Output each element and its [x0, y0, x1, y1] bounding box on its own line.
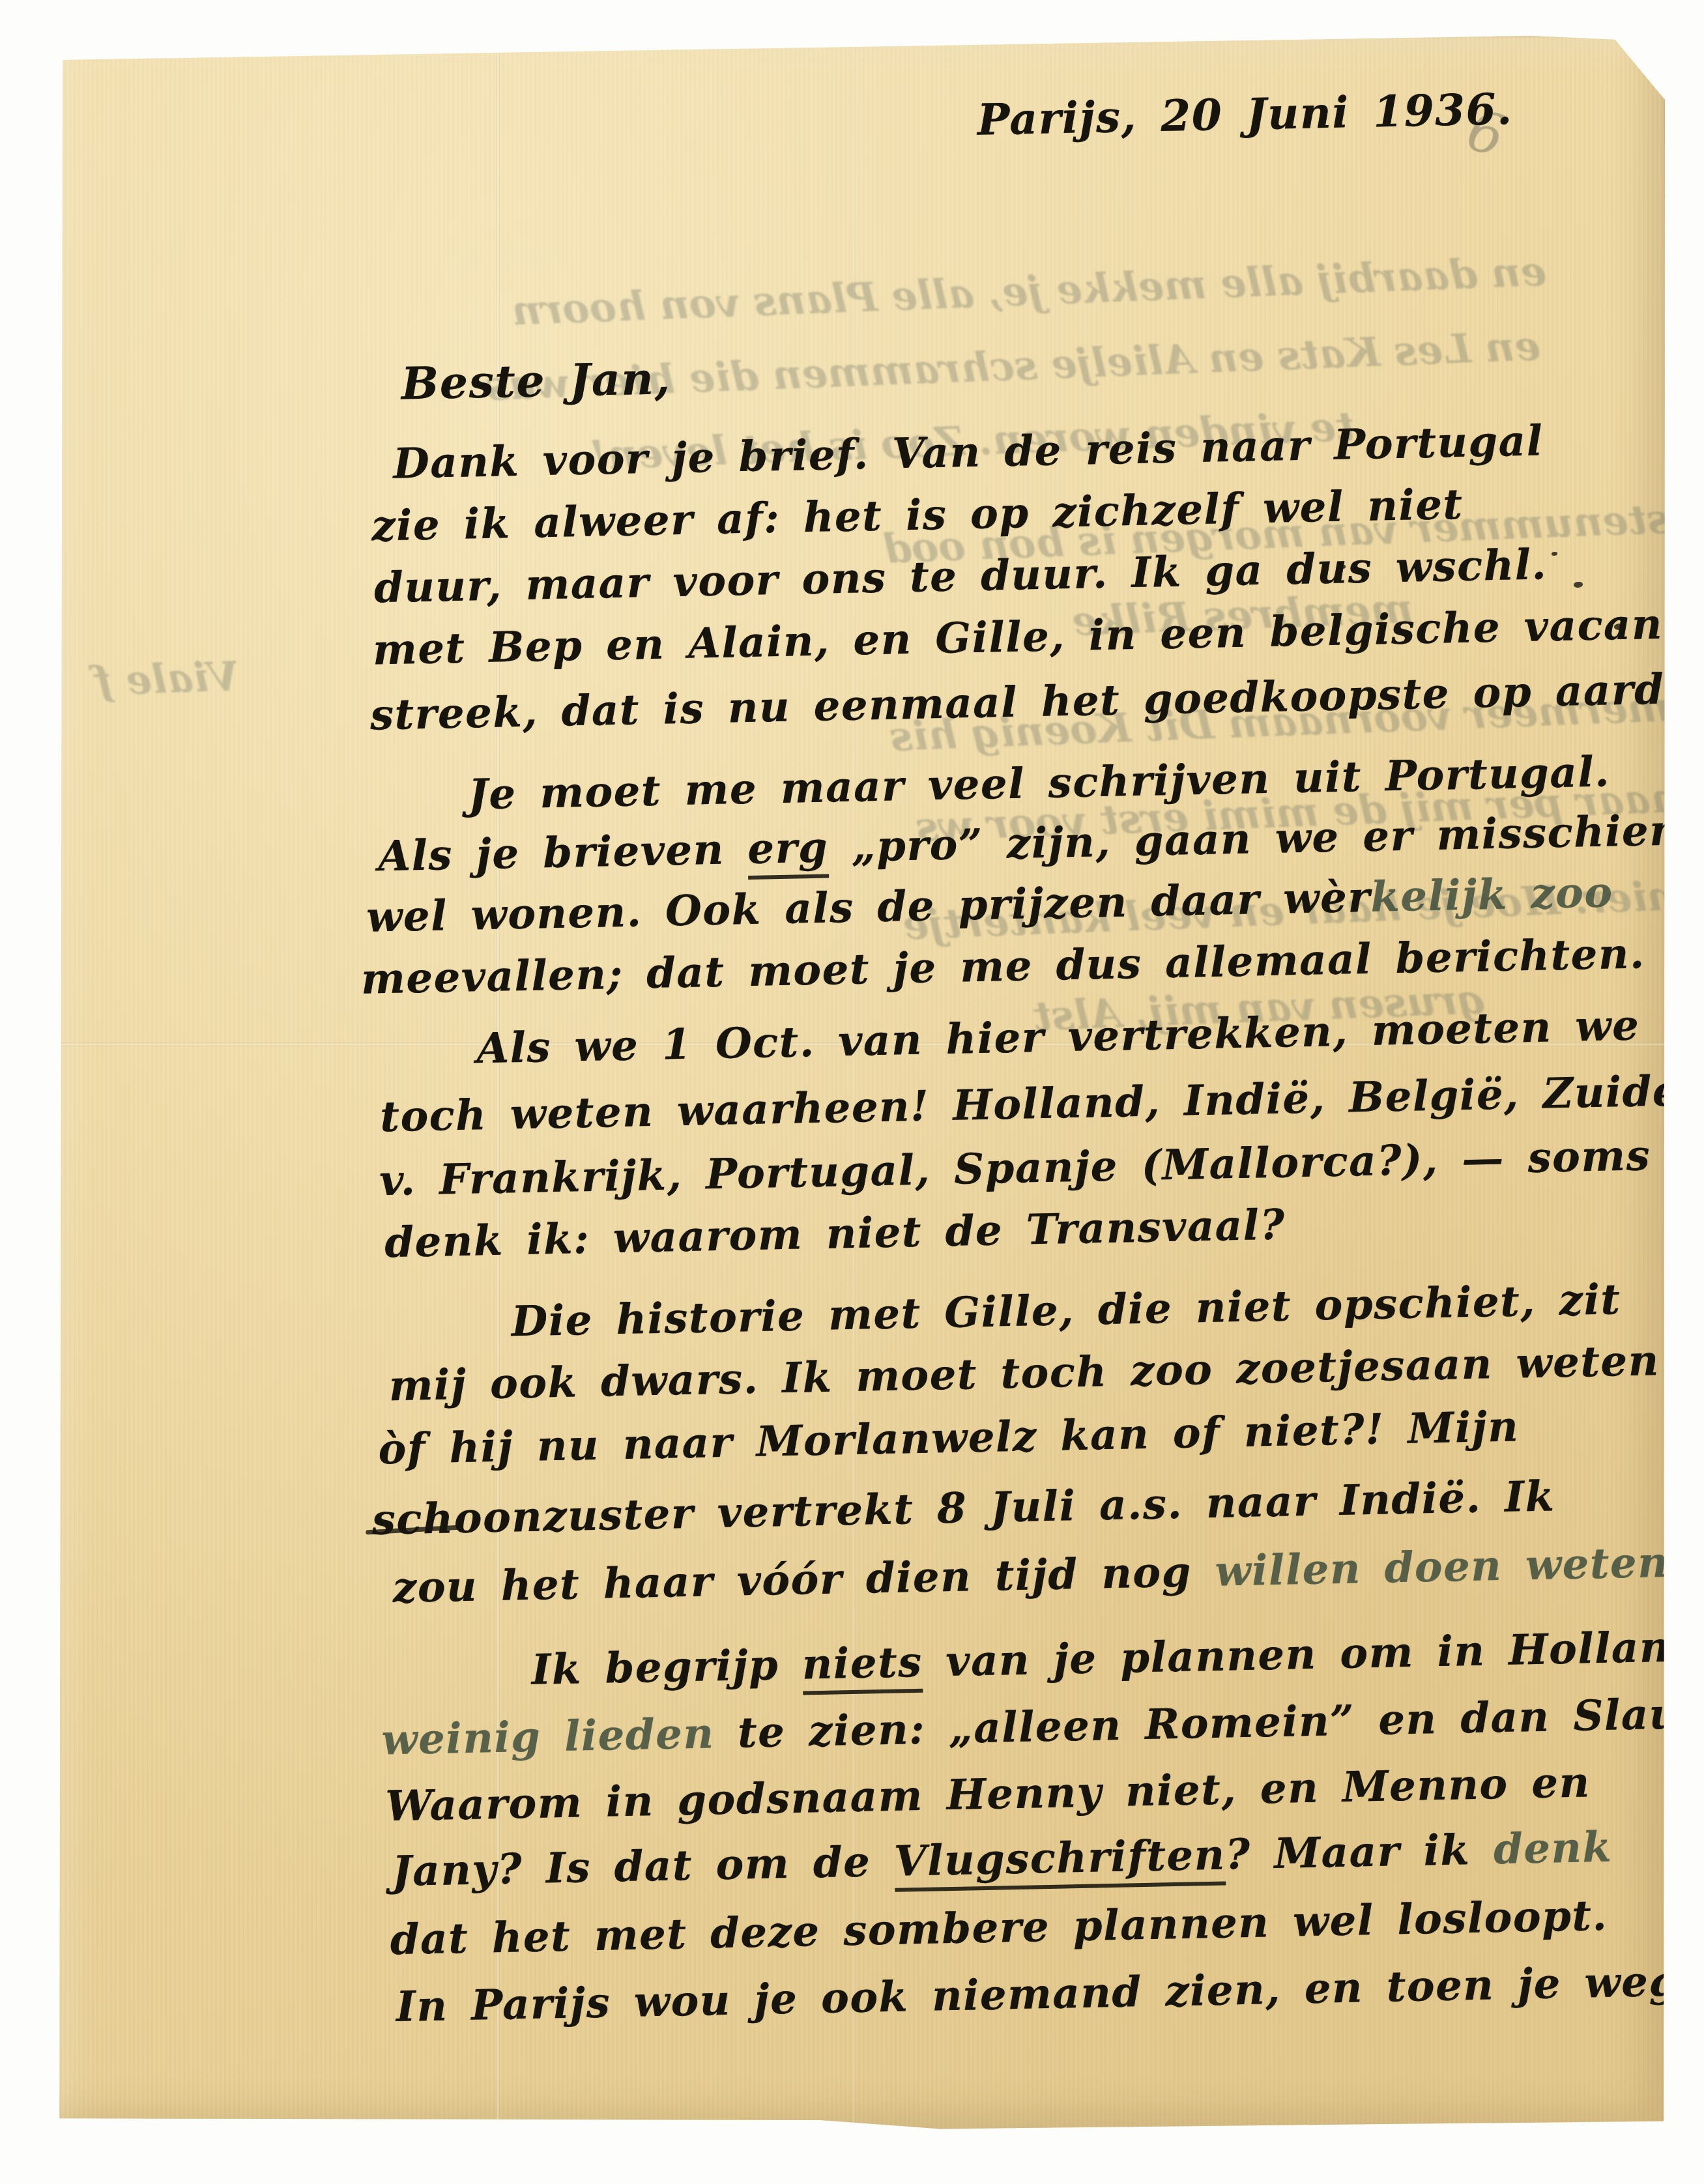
- handwritten-line: schoonzuster vertrekt 8 Juli a.s. naar I…: [371, 1472, 1555, 1544]
- line-segment: van je plannen om in Holland: [922, 1622, 1701, 1687]
- underlined-word: niets: [801, 1638, 923, 1695]
- handwritten-line: Als je brieven erg „pro” zijn, gaan we e…: [378, 806, 1681, 881]
- faded-ink-segment: lieden: [564, 1709, 715, 1761]
- handwritten-line: Waarom in godsnaam Henny niet, en Menno …: [385, 1758, 1591, 1831]
- faded-ink-segment: kelijk zoo: [1370, 868, 1614, 921]
- line-segment: wel wonen. Ook als de prijzen daar wèr: [366, 873, 1372, 942]
- underlined-word: Vlugschriften: [893, 1831, 1226, 1892]
- line-segment: Als je brieven: [378, 825, 749, 881]
- handwritten-line: mij ook dwars. Ik moet toch zoo zoetjesa…: [388, 1336, 1660, 1411]
- handwritten-line: In Parijs wou je ook niemand zien, en to…: [396, 1957, 1697, 2032]
- salutation: Beste Jan,: [401, 352, 671, 410]
- handwritten-line: denk ik: waarom niet de Transvaal?: [384, 1200, 1286, 1267]
- handwritten-line: v. Frankrijk, Portugal, Spanje (Mallorca…: [379, 1131, 1651, 1205]
- handwritten-line: zie ik alweer af: het is op zichzelf wel…: [371, 480, 1464, 551]
- scanned-letter-page: en daarbij alle mekke je, alle Plans von…: [0, 0, 1704, 2184]
- handwritten-line: zou het haar vóór dien tijd nog willen d…: [392, 1538, 1684, 1613]
- handwritten-line: met Bep en Alain, en Gille, in een belgi…: [372, 598, 1704, 674]
- handwritten-line: toch weten waarheen! Holland, Indië, Bel…: [380, 1066, 1704, 1142]
- line-segment: te zien: „alleen Romein” en dan Slau.: [714, 1689, 1697, 1758]
- line-segment: Ik begrijp: [531, 1641, 803, 1695]
- line-segment: „pro” zijn, gaan we er misschien: [828, 806, 1681, 872]
- handwritten-line: duur, maar voor ons te duur. Ik ga dus w…: [373, 540, 1547, 612]
- handwritten-line: òf hij nu naar Morlanwelz kan of niet?! …: [378, 1402, 1520, 1474]
- handwritten-line: weinig lieden te zien: „alleen Romein” e…: [381, 1689, 1696, 1764]
- line-segment: zou het haar vóór dien tijd nog: [392, 1547, 1215, 1613]
- letter-paper: en daarbij alle mekke je, alle Plans von…: [55, 36, 1665, 2131]
- handwritten-line: Jany? Is dat om de Vlugschriften? Maar i…: [392, 1823, 1613, 1897]
- dateline: Parijs, 20 Juni 1936.: [977, 83, 1513, 145]
- underlined-word: erg: [747, 823, 829, 879]
- line-segment: ? Maar ik: [1225, 1825, 1494, 1879]
- handwritten-line: Die historie met Gille, die niet opschie…: [511, 1275, 1621, 1346]
- handwritten-line: streek, dat is nu eenmaal het goedkoopst…: [369, 664, 1704, 740]
- faded-ink-segment: denk: [1493, 1823, 1613, 1875]
- handwritten-line: Je moet me maar veel schrijven uit Portu…: [468, 747, 1611, 819]
- handwritten-line: dat het met deze sombere plannen wel los…: [390, 1891, 1608, 1964]
- handwritten-line: Ik begrijp niets van je plannen om in Ho…: [531, 1622, 1701, 1695]
- handwritten-line: Dank voor je brief. Van de reis naar Por…: [393, 416, 1544, 488]
- line-segment: Jany? Is dat om de: [392, 1837, 895, 1896]
- faded-ink-segment: willen doen weten.: [1215, 1538, 1685, 1596]
- handwriting-layer: Parijs, 20 Juni 1936. Beste Jan, Dank vo…: [55, 3, 1704, 2130]
- handwritten-line: Als we 1 Oct. van hier vertrekken, moete…: [476, 1001, 1640, 1074]
- faded-ink-segment: weinig: [381, 1712, 565, 1765]
- handwritten-line: meevallen; dat moet je me dus allemaal b…: [360, 929, 1645, 1004]
- handwritten-line: wel wonen. Ook als de prijzen daar wèrke…: [366, 868, 1614, 941]
